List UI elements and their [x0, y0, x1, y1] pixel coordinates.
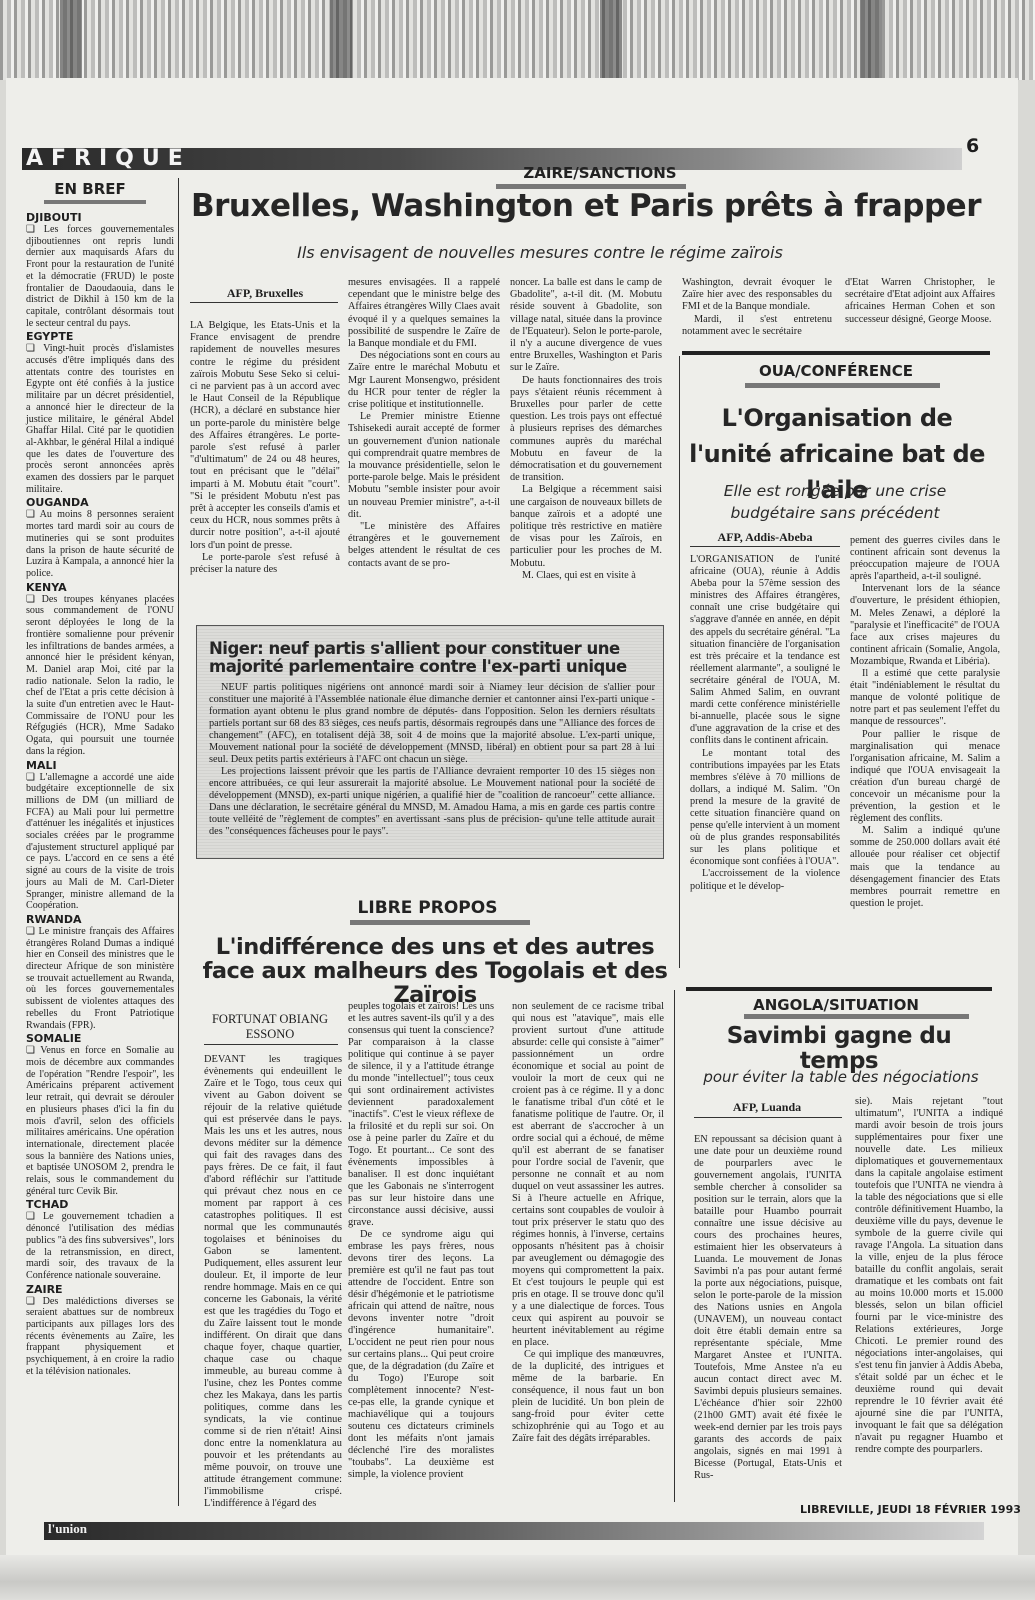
- angola-column-2: sie). Mais rejetant "tout ultimatum", l'…: [855, 1096, 1003, 1456]
- brief-country: DJIBOUTI: [26, 211, 174, 224]
- niger-headline: Niger: neuf partis s'allient pour consti…: [209, 640, 655, 676]
- paragraph: EN repoussant sa décision quant à une da…: [694, 1134, 842, 1482]
- libre-propos-byline: FORTUNAT OBIANG ESSONO: [200, 1012, 340, 1042]
- brief-country: SOMALIE: [26, 1032, 174, 1045]
- brief-item: KENYA❏ Des troupes kényanes placées sous…: [26, 581, 174, 758]
- paragraph: Mardi, il s'est entretenu notamment avec…: [682, 314, 832, 338]
- libre-propos-headline: L'indifférence des uns et des autres fac…: [200, 935, 670, 1007]
- paragraph: sie). Mais rejetant "tout ultimatum", l'…: [855, 1096, 1003, 1456]
- en-bref-list: DJIBOUTI❏ Les forces gouvernementales dj…: [26, 210, 174, 1378]
- angola-headline: Savimbi gagne du temps: [684, 1024, 994, 1074]
- angola-deck: pour éviter la table des négociations: [688, 1068, 994, 1086]
- paragraph: noncer. La balle est dans le camp de Gba…: [510, 277, 662, 375]
- oua-top-rule: [682, 351, 990, 355]
- oua-column-1: L'ORGANISATION de l'unité africaine (OUA…: [690, 554, 840, 893]
- brief-text: ❏ Le gouvernement tchadien a dénoncé l'u…: [26, 1211, 174, 1281]
- paragraph: DEVANT les tragiques évènements qui ende…: [204, 1054, 342, 1510]
- zaire-byline: AFP, Bruxelles: [190, 286, 340, 301]
- brief-item: DJIBOUTI❏ Les forces gouvernementales dj…: [26, 211, 174, 329]
- brief-country: MALI: [26, 759, 174, 772]
- paragraph: Intervenant lors de la séance d'ouvertur…: [850, 583, 1000, 668]
- paragraph: La Belgique a récemment saisi une cargai…: [510, 484, 662, 569]
- byline-rule: [190, 302, 338, 303]
- paragraph: Le porte-parole s'est refusé à préciser …: [190, 552, 340, 576]
- section-title: AFRIQUE: [26, 146, 191, 171]
- oua-column-2: pement des guerres civiles dans le conti…: [850, 535, 1000, 910]
- en-bref-title: EN BREF: [30, 180, 150, 198]
- column-rule: [679, 356, 680, 968]
- brief-item: MALI❏ L'allemagne a accordé une aide bud…: [26, 759, 174, 912]
- paragraph: Pour pallier le risque de marginalisatio…: [850, 729, 1000, 826]
- paragraph: Ce qui implique des manœuvres, de la dup…: [512, 1349, 664, 1445]
- footer-bar: [44, 1522, 984, 1540]
- byline-rule: [690, 546, 840, 547]
- zaire-deck: Ils envisagent de nouvelles mesures cont…: [240, 243, 840, 262]
- brief-country: RWANDA: [26, 913, 174, 926]
- paragraph: NEUF partis politiques nigériens ont ann…: [209, 682, 655, 766]
- brief-text: ❏ Des troupes kényanes placées sous comm…: [26, 594, 174, 758]
- brief-item: SOMALIE❏ Venus en force en Somalie au mo…: [26, 1032, 174, 1197]
- zaire-column-2: mesures envisagées. Il a rappelé cependa…: [348, 277, 500, 570]
- zaire-headline: Bruxelles, Washington et Paris prêts à f…: [186, 190, 986, 223]
- libre-propos-underline: [350, 920, 530, 925]
- libre-propos-column-1: DEVANT les tragiques évènements qui ende…: [204, 1054, 342, 1510]
- oua-deck: Elle est rongée par une crise budgétaire…: [700, 480, 970, 524]
- paragraph: L'accroissement de la violence politique…: [690, 868, 840, 892]
- paragraph: De ce syndrome aigu qui embrase les pays…: [348, 1229, 494, 1481]
- angola-column-1: EN repoussant sa décision quant à une da…: [694, 1134, 842, 1482]
- brief-country: TCHAD: [26, 1198, 174, 1211]
- brief-text: ❏ L'allemagne a accordé une aide budgéta…: [26, 772, 174, 912]
- niger-boxed-article: Niger: neuf partis s'allient pour consti…: [196, 625, 664, 859]
- paragraph: M. Claes, qui est en visite à: [510, 570, 662, 582]
- brief-text: ❏ Les forces gouvernementales djiboutien…: [26, 224, 174, 329]
- paragraph: d'Etat Warren Christopher, le secrétaire…: [845, 277, 995, 326]
- column-rule: [674, 990, 675, 1502]
- angola-kicker-underline: [744, 1014, 969, 1019]
- column-rule: [178, 178, 179, 1506]
- paragraph: L'ORGANISATION de l'unité africaine (OUA…: [690, 554, 840, 748]
- zaire-column-5: d'Etat Warren Christopher, le secrétaire…: [845, 277, 995, 326]
- byline-rule: [694, 1117, 842, 1118]
- brief-text: ❏ Au moins 8 personnes seraient mortes t…: [26, 509, 174, 579]
- scan-bottom-edge: [0, 1555, 1035, 1600]
- brief-country: KENYA: [26, 581, 174, 594]
- paragraph: pement des guerres civiles dans le conti…: [850, 535, 1000, 583]
- brief-item: OUGANDA❏ Au moins 8 personnes seraient m…: [26, 496, 174, 579]
- libre-propos-kicker: LIBRE PROPOS: [340, 898, 515, 918]
- paragraph: non seulement de ce racisme tribal qui n…: [512, 1001, 664, 1349]
- zaire-kicker: ZAIRE/SANCTIONS: [500, 164, 700, 182]
- newspaper-logo: l'union: [48, 1521, 87, 1537]
- paragraph: Washington, devrait évoquer le Zaïre hie…: [682, 277, 832, 314]
- oua-byline: AFP, Addis-Abeba: [690, 530, 840, 545]
- libre-propos-column-3: non seulement de ce racisme tribal qui n…: [512, 1001, 664, 1445]
- brief-item: RWANDA❏ Le ministre français des Affaire…: [26, 913, 174, 1031]
- oua-kicker-underline: [745, 383, 940, 388]
- paragraph: "Le ministère des Affaires étrangères et…: [348, 521, 500, 570]
- paragraph: De hauts fonctionnaires des trois pays s…: [510, 375, 662, 485]
- libre-propos-column-2: peuples togolais et zaïrois! Les uns et …: [348, 1001, 494, 1481]
- scan-top-edge: [0, 0, 1035, 80]
- paragraph: Des négociations sont en cours au Zaïre …: [348, 350, 500, 411]
- page-number: 6: [966, 135, 979, 157]
- brief-country: ZAIRE: [26, 1283, 174, 1296]
- en-bref-underline: [44, 200, 146, 204]
- paragraph: Les projections laissent prévoir que les…: [209, 766, 655, 838]
- paragraph: Le montant total des contributions impay…: [690, 748, 840, 869]
- paragraph: Il a estimé que cette paralysie était "i…: [850, 668, 1000, 728]
- zaire-column-1: LA Belgique, les Etats-Unis et la France…: [190, 320, 340, 576]
- angola-byline: AFP, Luanda: [692, 1100, 842, 1115]
- brief-item: EGYPTE❏ Vingt-huit procès d'islamistes a…: [26, 330, 174, 495]
- paragraph: M. Salim a indiqué qu'une somme de 250.0…: [850, 825, 1000, 910]
- paragraph: Le Premier ministre Etienne Tshisekedi a…: [348, 411, 500, 521]
- brief-country: EGYPTE: [26, 330, 174, 343]
- brief-country: OUGANDA: [26, 496, 174, 509]
- angola-top-rule: [686, 987, 992, 991]
- dateline: LIBREVILLE, JEUDI 18 FÉVRIER 1993: [800, 1503, 1021, 1516]
- brief-text: ❏ Venus en force en Somalie au mois de d…: [26, 1045, 174, 1197]
- brief-item: ZAIRE❏ Des malédictions diverses se sera…: [26, 1283, 174, 1378]
- brief-text: ❏ Des malédictions diverses se seraient …: [26, 1296, 174, 1378]
- zaire-column-4: Washington, devrait évoquer le Zaïre hie…: [682, 277, 832, 338]
- niger-body: NEUF partis politiques nigériens ont ann…: [209, 682, 655, 838]
- paragraph: mesures envisagées. Il a rappelé cependa…: [348, 277, 500, 350]
- brief-text: ❏ Vingt-huit procès d'islamistes accusés…: [26, 343, 174, 495]
- byline-rule: [204, 1044, 338, 1045]
- oua-kicker: OUA/CONFÉRENCE: [682, 362, 990, 380]
- brief-item: TCHAD❏ Le gouvernement tchadien a dénonc…: [26, 1198, 174, 1281]
- zaire-column-3: noncer. La balle est dans le camp de Gba…: [510, 277, 662, 582]
- paragraph: LA Belgique, les Etats-Unis et la France…: [190, 320, 340, 552]
- paragraph: peuples togolais et zaïrois! Les uns et …: [348, 1001, 494, 1229]
- angola-kicker: ANGOLA/SITUATION: [686, 996, 986, 1014]
- brief-text: ❏ Le ministre français des Affaires étra…: [26, 926, 174, 1031]
